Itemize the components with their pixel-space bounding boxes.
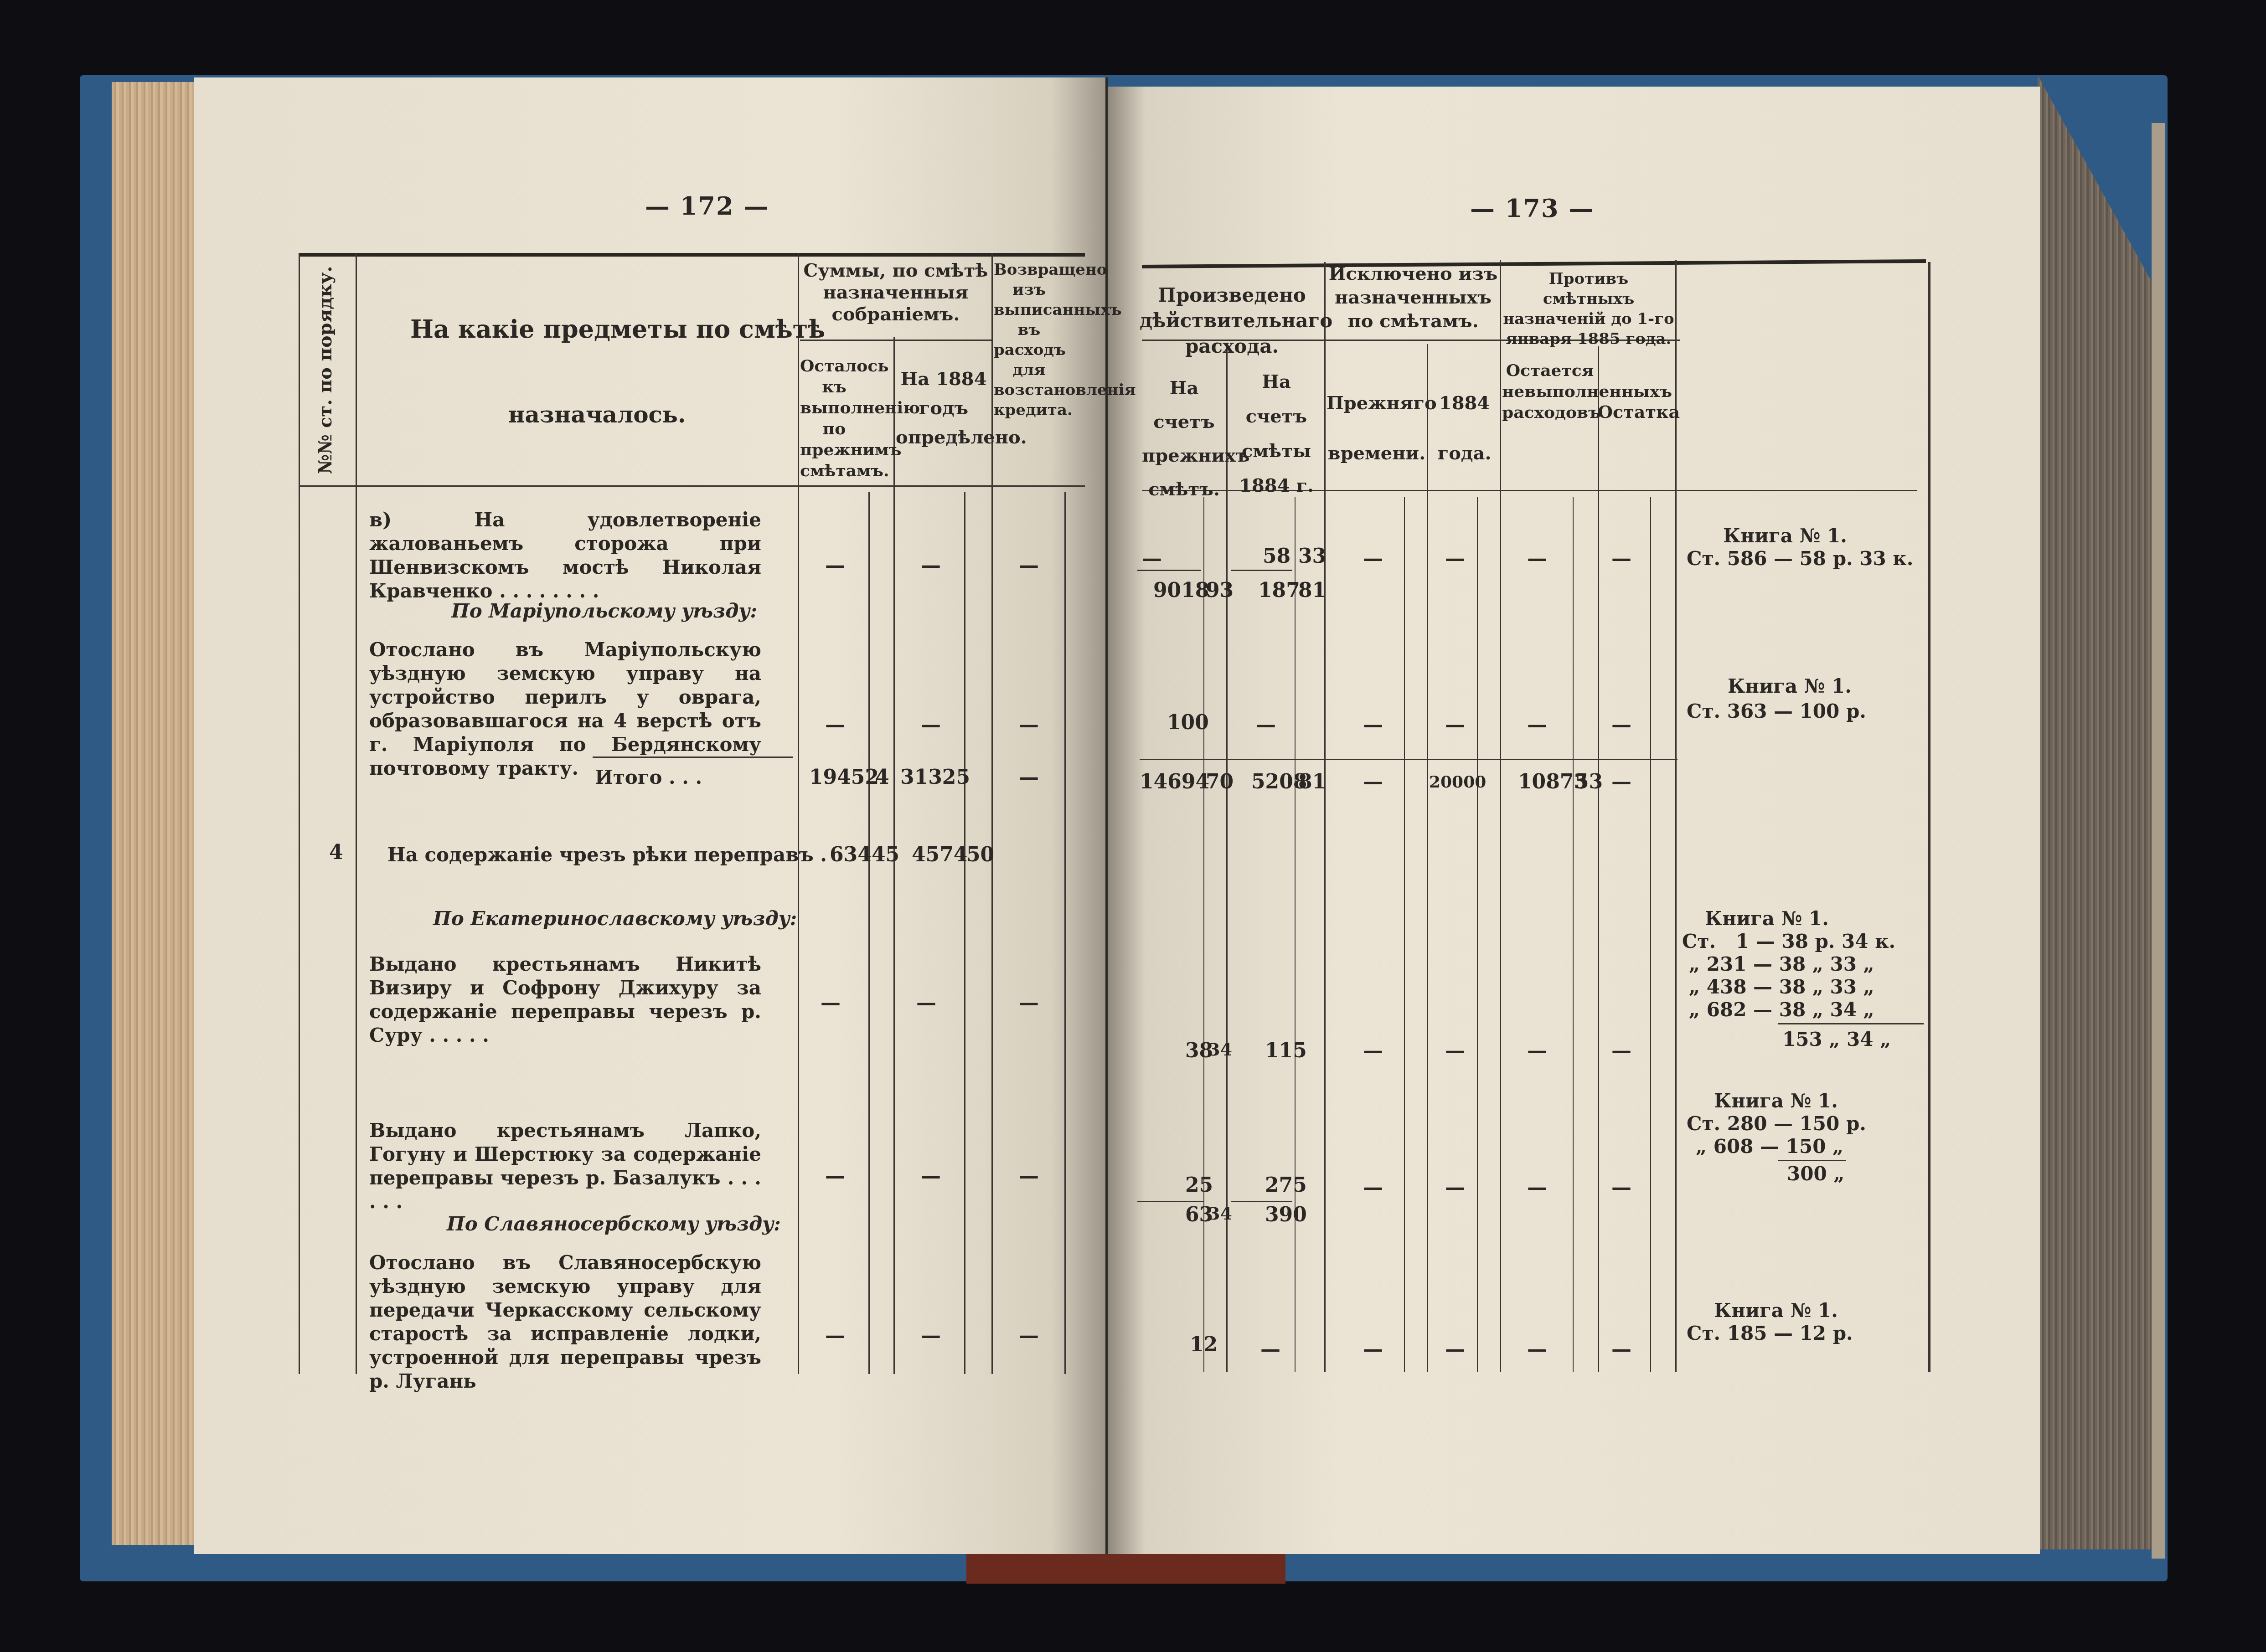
cell-returned: — xyxy=(1019,1164,1039,1188)
ledger-note-line: Ст. 363 — 100 р. xyxy=(1687,700,1866,723)
ledger-note-title: Книга № 1. xyxy=(1714,1299,1838,1323)
header-1884-defined: На 1884 годъ опредѣлено. xyxy=(896,365,991,452)
cell-prev-kop: 93 xyxy=(1206,579,1234,602)
cell-remaining: — xyxy=(825,554,845,577)
right-endpaper xyxy=(2152,123,2165,1559)
note-sum-rule xyxy=(1778,1160,1846,1161)
kop-divider xyxy=(1295,497,1296,1372)
col-divider xyxy=(1598,346,1599,1372)
ledger-note-line: „ 608 — 150 „ xyxy=(1696,1135,1843,1158)
cell-cur: 390 xyxy=(1265,1203,1307,1226)
cell-prev-kop: 34 xyxy=(1208,1203,1232,1224)
total-label: Итого . . . xyxy=(595,766,702,789)
col-divider xyxy=(798,253,799,1374)
sums-group-rule xyxy=(800,340,991,341)
header-sums-group: Суммы, по смѣтѣ назначенныя собраніемъ. xyxy=(802,260,989,325)
cell-unfulfilled: — xyxy=(1527,1176,1547,1199)
section-heading: По Екатеринославскому уѣзду: xyxy=(433,907,797,931)
cell-remainder: — xyxy=(1611,1338,1631,1361)
cell-prev: — xyxy=(1142,547,1162,570)
cell-remaining: — xyxy=(821,991,841,1014)
row-text: На содержаніе чрезъ рѣки переправъ . xyxy=(387,843,827,867)
ledger-note-sum: 153 „ 34 „ xyxy=(1782,1028,1891,1051)
ledger-note-title: Книга № 1. xyxy=(1705,907,1829,931)
header-row-number: №№ ст. по порядку. xyxy=(315,266,336,474)
table-left-border xyxy=(299,253,300,1374)
cell-cur: — xyxy=(1260,1338,1280,1361)
ledger-note-line: Ст. 1 — 38 р. 34 к. xyxy=(1682,930,1895,953)
cell-cur: 115 xyxy=(1265,1039,1307,1062)
ledger-note-title: Книга № 1. xyxy=(1714,1089,1838,1113)
row-text: Выдано крестьянамъ Никитѣ Визиру и Софро… xyxy=(369,952,761,1047)
kop-divider xyxy=(1650,497,1651,1372)
cell-excluded-prev: — xyxy=(1363,713,1383,736)
row-text: Отослано въ Маріупольскую уѣздную земску… xyxy=(369,638,761,780)
ledger-note-line: „ 682 — 38 „ 34 „ xyxy=(1689,998,1874,1022)
ledger-note-title: Книга № 1. xyxy=(1728,674,1852,698)
header-bottom-rule-left xyxy=(299,485,1085,487)
cell-prev-kop: 70 xyxy=(1206,770,1234,793)
cell-excluded-prev: — xyxy=(1363,770,1383,793)
header-against-group: Противъ смѣтныхъ назначеній до 1-го янва… xyxy=(1502,269,1675,349)
header-items-bottom: назначалось. xyxy=(508,401,686,428)
cell-remainder: — xyxy=(1611,770,1631,793)
cell-returned: — xyxy=(1019,991,1039,1014)
subtotal-rule xyxy=(1231,570,1292,571)
ledger-note-title: Книга № 1. xyxy=(1723,524,1847,548)
header-1884-estimate: На счетъ смѣты 1884 г. xyxy=(1228,365,1324,503)
col-divider xyxy=(1324,262,1326,1372)
header-items-top: На какіе предметы по смѣтѣ xyxy=(410,314,825,344)
subtotal-rule xyxy=(1137,1201,1203,1202)
cell-cur-rub: 58 xyxy=(1263,545,1290,568)
cell-unfulfilled: — xyxy=(1527,713,1547,736)
cell-remaining-rub: 19452 xyxy=(809,766,879,789)
cell-defined: — xyxy=(916,991,936,1014)
cell-prev: 100 xyxy=(1167,711,1209,734)
cell-excluded-prev: — xyxy=(1363,1338,1383,1361)
cell-cur-kop: 33 xyxy=(1298,545,1326,568)
row-number: 4 xyxy=(329,841,343,864)
cell-returned: — xyxy=(1019,766,1039,789)
col-divider xyxy=(1064,492,1066,1374)
cell-remainder: — xyxy=(1611,1176,1631,1199)
cell-unfulfilled: — xyxy=(1527,547,1547,570)
cell-returned: — xyxy=(1019,1324,1039,1347)
col-divider xyxy=(1675,260,1677,1372)
header-remainder: Остатка xyxy=(1598,401,1675,423)
cell-excluded-1884: 20000 xyxy=(1429,772,1486,792)
col-divider xyxy=(964,492,965,1374)
cell-cur: 275 xyxy=(1265,1173,1307,1197)
cell-unfulfilled: — xyxy=(1527,1338,1547,1361)
cell-prev-rub: 9018 xyxy=(1153,579,1209,602)
cell-defined-rub: 31325 xyxy=(900,766,970,789)
page-number-right: — 173 — xyxy=(1470,194,1594,223)
header-actual-group: Произведено дѣйствительнаго расхода. xyxy=(1140,283,1324,359)
row-text: в) На удовлетвореніе жалованьемъ сторожа… xyxy=(369,508,761,603)
cell-defined: — xyxy=(921,713,941,736)
kop-divider xyxy=(1404,497,1405,1372)
table-top-rule-left xyxy=(299,253,1085,257)
section-heading: По Маріупольскому уѣзду: xyxy=(451,599,757,623)
kop-divider xyxy=(1203,497,1204,1372)
cell-remaining-kop: 4 xyxy=(875,766,889,789)
cell-excluded-1884: — xyxy=(1445,547,1465,570)
ledger-note-line: „ 231 — 38 „ 33 „ xyxy=(1689,952,1874,976)
ledger-note-line: Ст. 586 — 58 р. 33 к. xyxy=(1687,547,1913,571)
cell-cur-rub: 187 xyxy=(1258,579,1300,602)
header-prev-estimates: На счетъ прежнихъ смѣтъ. xyxy=(1142,371,1226,506)
col-divider xyxy=(1427,344,1428,1372)
cell-remaining: — xyxy=(825,1164,845,1188)
cell-remaining: — xyxy=(825,1324,845,1347)
col-divider xyxy=(868,492,870,1374)
left-page-edges xyxy=(112,82,194,1545)
total-rule xyxy=(593,757,793,758)
row-text: Отослано въ Славяносербскую уѣздную земс… xyxy=(369,1251,761,1393)
col-divider xyxy=(356,253,357,1374)
page-number-left: — 172 — xyxy=(645,191,769,221)
cell-cur-kop: 81 xyxy=(1298,770,1326,793)
cell-cur-kop: 81 xyxy=(1298,579,1326,602)
cell-remaining: — xyxy=(825,713,845,736)
header-returned: Возвращено изъ выписанныхъ въ расходъ дл… xyxy=(994,260,1064,420)
header-unfulfilled: Остается невыполненныхъ расходовъ xyxy=(1502,360,1598,423)
cell-excluded-1884: — xyxy=(1445,1176,1465,1199)
cell-prev: 12 xyxy=(1190,1333,1218,1356)
cell-remainder: — xyxy=(1611,547,1631,570)
ledger-note-line: Ст. 185 — 12 р. xyxy=(1687,1322,1853,1345)
ledger-note-line: „ 438 — 38 „ 33 „ xyxy=(1689,975,1874,999)
cell-excluded-prev: — xyxy=(1363,547,1383,570)
cell-defined-kop: 50 xyxy=(966,843,994,866)
cell-prev-kop: 34 xyxy=(1208,1039,1232,1060)
cell-defined: — xyxy=(921,554,941,577)
cell-defined: — xyxy=(921,1324,941,1347)
header-prev-time: Прежняго времени. xyxy=(1327,378,1427,479)
cell-remaining-kop: 45 xyxy=(872,843,899,866)
header-excluded-group: Исключено изъ назначенныхъ по смѣтамъ. xyxy=(1327,262,1500,333)
cell-prev: 25 xyxy=(1185,1173,1213,1197)
cell-remainder: — xyxy=(1611,713,1631,736)
note-sum-rule xyxy=(1778,1023,1924,1024)
cell-defined: — xyxy=(921,1164,941,1188)
header-1884-year: 1884 года. xyxy=(1429,378,1500,479)
cell-returned: — xyxy=(1019,713,1039,736)
subtotal-rule xyxy=(1137,570,1201,571)
cell-returned: — xyxy=(1019,554,1039,577)
cell-remainder: — xyxy=(1611,1039,1631,1062)
col-divider xyxy=(1500,260,1501,1372)
cell-excluded-1884: — xyxy=(1445,713,1465,736)
subtotal-rule xyxy=(1231,1201,1292,1202)
cell-remaining-rub: 634 xyxy=(830,843,872,866)
ledger-note-sum: 300 „ xyxy=(1787,1162,1844,1186)
row-text: Выдано крестьянамъ Лапко, Гогуну и Шерст… xyxy=(369,1119,761,1214)
kop-divider xyxy=(1477,497,1478,1372)
cell-unfulfilled-kop: 53 xyxy=(1575,770,1603,793)
table-right-border xyxy=(1928,262,1930,1372)
ledger-note-line: Ст. 280 — 150 р. xyxy=(1687,1112,1866,1136)
header-remaining: Осталось къ выполненію по прежнимъ смѣта… xyxy=(800,355,868,481)
section-heading: По Славяносербскому уѣзду: xyxy=(447,1212,781,1236)
right-page-edges xyxy=(2038,75,2152,1549)
kop-divider xyxy=(1573,497,1574,1372)
cell-excluded-prev: — xyxy=(1363,1039,1383,1062)
cell-unfulfilled: — xyxy=(1527,1039,1547,1062)
cell-excluded-1884: — xyxy=(1445,1338,1465,1361)
cell-cur: — xyxy=(1256,713,1276,736)
cell-defined-rub: 4574 xyxy=(912,843,967,866)
total-rule-right xyxy=(1140,759,1678,760)
col-divider xyxy=(991,253,993,1374)
cell-excluded-1884: — xyxy=(1445,1039,1465,1062)
cell-prev-rub: 14694 xyxy=(1140,770,1209,793)
cell-excluded-prev: — xyxy=(1363,1176,1383,1199)
